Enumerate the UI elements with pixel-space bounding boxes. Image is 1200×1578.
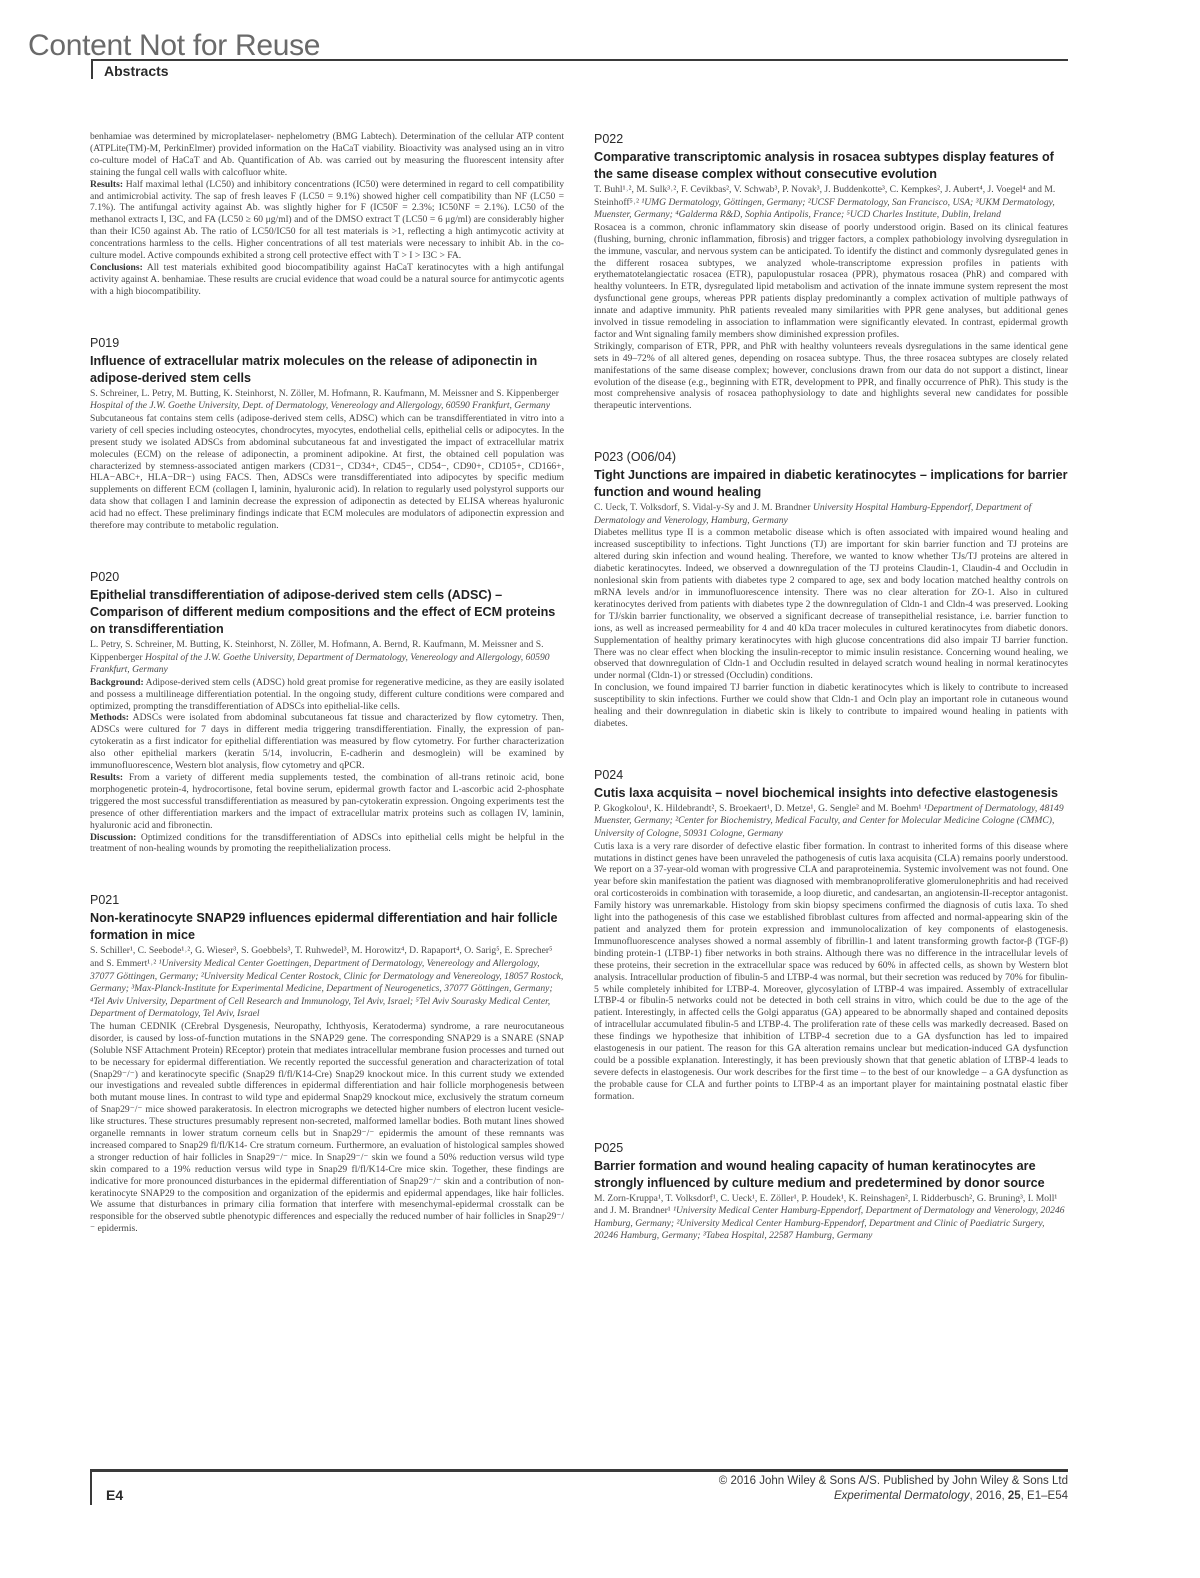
copyright-line: © 2016 John Wiley & Sons A/S. Published …: [719, 1474, 1068, 1489]
abstract-results: Results: Half maximal lethal (LC50) and …: [90, 179, 564, 262]
abstract-body: Strikingly, comparison of ETR, PPR, and …: [594, 341, 1068, 412]
abstract-p019: P019 Influence of extracellular matrix m…: [90, 335, 564, 532]
spacer: [90, 532, 564, 569]
results-text: Half maximal lethal (LC50) and inhibitor…: [90, 179, 564, 261]
abstract-body: Diabetes mellitus type II is a common me…: [594, 527, 1068, 682]
page-number: E4: [106, 1487, 123, 1503]
abstract-p023: P023 (O06/04) Tight Junctions are impair…: [594, 449, 1068, 730]
author-list: C. Ueck, T. Volksdorf, S. Vidal-y-Sy and…: [594, 502, 813, 513]
abstract-authors: C. Ueck, T. Volksdorf, S. Vidal-y-Sy and…: [594, 502, 1068, 527]
abstract-methods: Methods: ADSCs were isolated from abdomi…: [90, 712, 564, 772]
abstract-background: Background: Adipose-derived stem cells (…: [90, 677, 564, 713]
abstract-p021: P021 Non-keratinocyte SNAP29 influences …: [90, 892, 564, 1235]
citation-line: Experimental Dermatology, 2016, 25, E1–E…: [719, 1489, 1068, 1504]
abstract-id: P023 (O06/04): [594, 449, 1068, 465]
citation-year: , 2016,: [970, 1490, 1008, 1502]
affiliation: ¹University Medical Center Goettingen, D…: [90, 958, 563, 1019]
abstract-id: P024: [594, 767, 1068, 783]
abstract-title: Cutis laxa acquisita – novel biochemical…: [594, 785, 1068, 802]
methods-label: Methods:: [90, 712, 129, 723]
spacer: [90, 298, 564, 335]
section-label: Abstracts: [104, 63, 169, 79]
abstract-id: P022: [594, 131, 1068, 147]
footer-copyright: © 2016 John Wiley & Sons A/S. Published …: [719, 1474, 1068, 1504]
discussion-label: Discussion:: [90, 832, 136, 843]
conclusions-label: Conclusions:: [90, 262, 143, 273]
abstract-title: Non-keratinocyte SNAP29 influences epide…: [90, 910, 564, 944]
abstract-authors: P. Gkogkolou¹, K. Hildebrandt², S. Broek…: [594, 803, 1068, 841]
abstract-body: Rosacea is a common, chronic inflammator…: [594, 222, 1068, 341]
methods-text: ADSCs were isolated from abdominal subcu…: [90, 712, 564, 771]
spacer: [594, 1103, 1068, 1140]
abstract-id: P025: [594, 1140, 1068, 1156]
abstract-id: P021: [90, 892, 564, 908]
affiliation: ¹UMG Dermatology, Göttingen, Germany; ²U…: [594, 197, 1055, 221]
abstract-conclusions: Conclusions: All test materials exhibite…: [90, 262, 564, 298]
abstract-discussion: Discussion: Optimized conditions for the…: [90, 832, 564, 856]
abstract-authors: M. Zorn-Kruppa¹, T. Volksdorf¹, C. Ueck¹…: [594, 1193, 1068, 1243]
volume: 25: [1008, 1490, 1021, 1502]
abstract-title: Tight Junctions are impaired in diabetic…: [594, 467, 1068, 501]
abstract-authors: T. Buhl¹˒², M. Sulk³˒², F. Cevikbas², V.…: [594, 184, 1068, 222]
abstract-authors: S. Schiller¹, C. Seebode¹˒², G. Wieser³,…: [90, 945, 564, 1021]
abstract-title: Influence of extracellular matrix molecu…: [90, 353, 564, 387]
background-label: Background:: [90, 677, 144, 688]
abstract-p024: P024 Cutis laxa acquisita – novel bioche…: [594, 767, 1068, 1103]
background-text: Adipose-derived stem cells (ADSC) hold g…: [90, 677, 564, 712]
footer-rule: [90, 1469, 1068, 1472]
conclusions-text: All test materials exhibited good biocom…: [90, 262, 564, 297]
header-rule: [91, 59, 1068, 61]
page-range: , E1–E54: [1021, 1490, 1068, 1502]
abstract-body: Cutis laxa is a very rare disorder of de…: [594, 841, 1068, 1103]
results-label: Results:: [90, 179, 123, 190]
spacer: [594, 730, 1068, 767]
abstract-authors: L. Petry, S. Schreiner, M. Butting, K. S…: [90, 639, 564, 677]
abstract-results: Results: From a variety of different med…: [90, 772, 564, 832]
affiliation: Hospital of the J.W. Goethe University, …: [90, 400, 550, 411]
author-list: P. Gkogkolou¹, K. Hildebrandt², S. Broek…: [594, 803, 924, 814]
abstract-body: In conclusion, we found impaired TJ barr…: [594, 682, 1068, 730]
discussion-text: Optimized conditions for the transdiffer…: [90, 832, 564, 855]
abstract-p020: P020 Epithelial transdifferentiation of …: [90, 569, 564, 855]
journal-name: Experimental Dermatology: [834, 1490, 970, 1502]
abstract-body: Subcutaneous fat contains stem cells (ad…: [90, 413, 564, 532]
spacer: [90, 855, 564, 892]
abstract-authors: S. Schreiner, L. Petry, M. Butting, K. S…: [90, 388, 564, 413]
abstract-methods-tail: benhamiae was determined by microplatela…: [90, 131, 564, 179]
affiliation: Hospital of the J.W. Goethe University, …: [90, 652, 550, 676]
results-label: Results:: [90, 772, 123, 783]
abstract-id: P020: [90, 569, 564, 585]
abstract-p025: P025 Barrier formation and wound healing…: [594, 1140, 1068, 1243]
results-text: From a variety of different media supple…: [90, 772, 564, 831]
abstract-title: Comparative transcriptomic analysis in r…: [594, 149, 1068, 183]
right-column: P022 Comparative transcriptomic analysis…: [594, 131, 1068, 1243]
spacer: [594, 412, 1068, 449]
header-rule-tick: [91, 59, 93, 79]
author-list: S. Schreiner, L. Petry, M. Butting, K. S…: [90, 388, 559, 399]
abstract-p018-continuation: benhamiae was determined by microplatela…: [90, 131, 564, 298]
abstract-title: Barrier formation and wound healing capa…: [594, 1158, 1068, 1192]
abstract-body: The human CEDNIK (CErebral Dysgenesis, N…: [90, 1021, 564, 1235]
abstract-p022: P022 Comparative transcriptomic analysis…: [594, 131, 1068, 412]
abstract-id: P019: [90, 335, 564, 351]
left-column: benhamiae was determined by microplatela…: [90, 131, 564, 1235]
abstract-title: Epithelial transdifferentiation of adipo…: [90, 587, 564, 638]
footer-rule-tick: [90, 1469, 92, 1505]
